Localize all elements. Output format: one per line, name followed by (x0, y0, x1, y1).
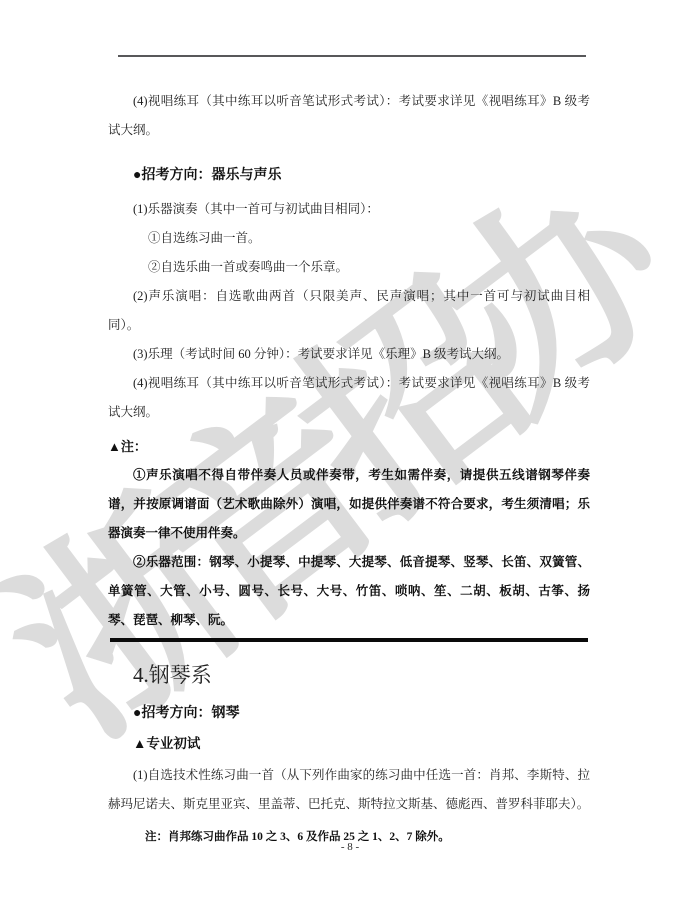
page-number: - 8 - (0, 841, 700, 853)
section-title-piano: 4.钢琴系 (108, 660, 590, 690)
para-sight-singing: (4)视唱练耳（其中练耳以听音笔试形式考试）：考试要求详见《视唱练耳》B 级考试… (108, 369, 590, 427)
heading-direction-voice-instrumental: ●招考方向：器乐与声乐 (108, 160, 590, 189)
page-content: (4)视唱练耳（其中练耳以听音笔试形式考试）：考试要求详见《视唱练耳》B 级考试… (108, 0, 590, 849)
header-rule (118, 55, 586, 57)
section-divider (110, 638, 588, 642)
para-instrument-performance: (1)乐器演奏（其中一首可与初试曲目相同）： (108, 195, 590, 224)
para-sight-singing-tail: (4)视唱练耳（其中练耳以听音笔试形式考试）：考试要求详见《视唱练耳》B 级考试… (108, 87, 590, 145)
document-page: 浙音招办 (4)视唱练耳（其中练耳以听音笔试形式考试）：考试要求详见《视唱练耳》… (0, 0, 700, 905)
para-note-instrument-range: ②乐器范围：钢琴、小提琴、中提琴、大提琴、低音提琴、竖琴、长笛、双簧管、单簧管、… (108, 548, 590, 635)
para-piano-etude: (1)自选技术性练习曲一首（从下列作曲家的练习曲中任选一首：肖邦、李斯特、拉赫玛… (108, 761, 590, 819)
para-instrument-sub2: ②自选乐曲一首或奏鸣曲一个乐章。 (108, 253, 590, 282)
para-instrument-sub1: ①自选练习曲一首。 (108, 224, 590, 253)
heading-note: ▲注： (108, 432, 590, 461)
para-music-theory: (3)乐理（考试时间 60 分钟）：考试要求详见《乐理》B 级考试大纲。 (108, 340, 590, 369)
para-note-accompaniment: ①声乐演唱不得自带伴奏人员或伴奏带，考生如需伴奏，请提供五线谱钢琴伴奏谱，并按原… (108, 461, 590, 548)
heading-preliminary-exam: ▲专业初试 (108, 729, 590, 758)
para-vocal-performance: (2)声乐演唱：自选歌曲两首（只限美声、民声演唱；其中一首可与初试曲目相同）。 (108, 282, 590, 340)
heading-direction-piano: ●招考方向：钢琴 (108, 698, 590, 727)
